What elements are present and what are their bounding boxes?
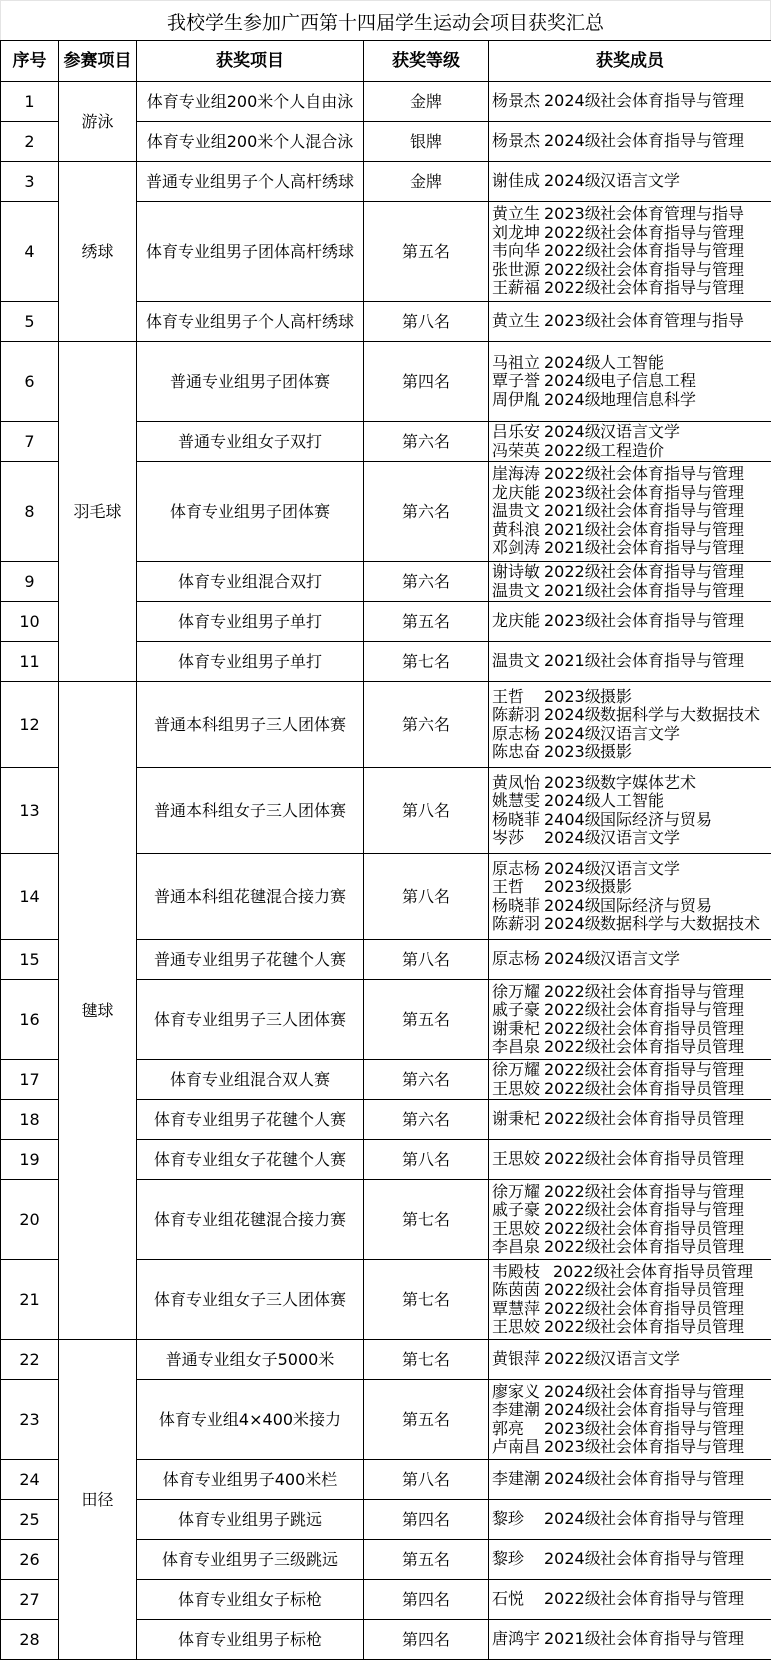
member-major: 地理信息科学	[600, 391, 696, 410]
award-event: 体育专业组男子团体赛	[137, 462, 364, 562]
member-name: 黎珍	[492, 1510, 544, 1529]
member-major: 社会体育指导员管理	[600, 1150, 744, 1169]
member-grade: 2021级	[544, 502, 600, 521]
award-level: 银牌	[364, 122, 489, 162]
member-major: 汉语言文学	[600, 423, 680, 442]
member-grade: 2022级	[544, 1080, 600, 1099]
award-level: 第七名	[364, 642, 489, 682]
member-name: 石悦	[492, 1590, 544, 1609]
row-number: 1	[1, 82, 59, 122]
member-line: 徐万耀2022级社会体育指导与管理	[492, 1183, 771, 1202]
member-grade: 2024级	[544, 132, 600, 151]
member-major: 摄影	[600, 743, 632, 762]
award-level: 第五名	[364, 980, 489, 1060]
member-grade: 2024级	[544, 92, 600, 111]
sport-category: 田径	[59, 1340, 137, 1660]
member-grade: 2024级	[544, 706, 600, 725]
award-level: 第八名	[364, 1460, 489, 1500]
member-major: 社会体育指导与管理	[600, 1061, 744, 1080]
member-line: 杨景杰2024级社会体育指导与管理	[492, 132, 771, 151]
header-event: 获奖项目	[137, 41, 364, 82]
row-number: 26	[1, 1540, 59, 1580]
member-line: 谢秉杞2022级社会体育指导员管理	[492, 1110, 771, 1129]
member-major: 工程造价	[600, 442, 664, 461]
member-line: 李建潮2024级社会体育指导与管理	[492, 1470, 771, 1489]
member-major: 社会体育指导与管理	[600, 1630, 744, 1649]
member-name: 谢秉杞	[492, 1020, 544, 1039]
award-members: 韦殿枝2022级社会体育指导员管理陈茵茵2022级社会体育指导员管理覃慧萍202…	[489, 1260, 771, 1340]
member-major: 社会体育管理与指导	[600, 312, 744, 331]
member-major: 国际经济与贸易	[600, 897, 712, 916]
member-grade: 2023级	[544, 743, 600, 762]
member-line: 戚子豪2022级社会体育指导与管理	[492, 1201, 771, 1220]
member-line: 郭亮2023级社会体育指导与管理	[492, 1420, 771, 1439]
member-name: 黄立生	[492, 205, 544, 224]
member-major: 社会体育指导员管理	[600, 1238, 744, 1257]
award-members: 黎珍2024级社会体育指导与管理	[489, 1500, 771, 1540]
member-major: 汉语言文学	[600, 860, 680, 879]
member-name: 覃慧萍	[492, 1300, 544, 1319]
member-major: 数字媒体艺术	[600, 774, 696, 793]
member-line: 龙庆能2023级社会体育指导与管理	[492, 484, 771, 503]
member-name: 杨晓菲	[492, 897, 544, 916]
member-line: 马祖立2024级人工智能	[492, 354, 771, 373]
member-name: 卢南昌	[492, 1438, 544, 1457]
member-line: 温贵文2021级社会体育指导与管理	[492, 652, 771, 671]
member-line: 李昌泉2022级社会体育指导员管理	[492, 1038, 771, 1057]
award-members: 徐万耀2022级社会体育指导与管理戚子豪2022级社会体育指导与管理王思姣202…	[489, 1180, 771, 1260]
member-line: 卢南昌2023级社会体育指导与管理	[492, 1438, 771, 1457]
row-number: 17	[1, 1060, 59, 1100]
award-level: 第六名	[364, 682, 489, 768]
member-major: 社会体育指导与管理	[600, 242, 744, 261]
award-event: 普通本科组花毽混合接力赛	[137, 854, 364, 940]
member-line: 陈薪羽2024级数据科学与大数据技术	[492, 706, 771, 725]
table-header-row: 序号 参赛项目 获奖项目 获奖等级 获奖成员	[1, 41, 771, 82]
member-grade: 2022级	[544, 1020, 600, 1039]
award-event: 体育专业组花毽混合接力赛	[137, 1180, 364, 1260]
member-grade: 2024级	[544, 372, 600, 391]
row-number: 2	[1, 122, 59, 162]
member-name: 徐万耀	[492, 983, 544, 1002]
member-grade: 2022级	[544, 465, 600, 484]
member-name: 李昌泉	[492, 1238, 544, 1257]
award-level: 第六名	[364, 422, 489, 462]
award-level: 第五名	[364, 1540, 489, 1580]
member-name: 龙庆能	[492, 484, 544, 503]
member-name: 王思姣	[492, 1150, 544, 1169]
member-line: 覃慧萍2022级社会体育指导员管理	[492, 1300, 771, 1319]
member-name: 温贵文	[492, 652, 544, 671]
member-major: 社会体育指导与管理	[600, 1438, 744, 1457]
row-number: 13	[1, 768, 59, 854]
award-level: 第五名	[364, 1380, 489, 1460]
award-event: 体育专业组男子标枪	[137, 1620, 364, 1660]
member-major: 社会体育指导与管理	[600, 1183, 744, 1202]
member-name: 谢佳成	[492, 172, 544, 191]
award-event: 体育专业组女子三人团体赛	[137, 1260, 364, 1340]
member-name: 黄立生	[492, 312, 544, 331]
member-line: 戚子豪2022级社会体育指导与管理	[492, 1001, 771, 1020]
award-event: 普通专业组男子个人高杆绣球	[137, 162, 364, 202]
award-event: 普通本科组男子三人团体赛	[137, 682, 364, 768]
member-major: 社会体育指导与管理	[600, 279, 744, 298]
member-major: 人工智能	[600, 354, 664, 373]
award-event: 体育专业组男子三级跳远	[137, 1540, 364, 1580]
row-number: 3	[1, 162, 59, 202]
member-major: 社会体育指导与管理	[600, 502, 744, 521]
table-row: 3绣球普通专业组男子个人高杆绣球金牌谢佳成2024级汉语言文学	[1, 162, 771, 202]
award-event: 普通本科组女子三人团体赛	[137, 768, 364, 854]
member-major: 社会体育指导与管理	[600, 1401, 744, 1420]
member-name: 陈薪羽	[492, 915, 544, 934]
member-major: 摄影	[600, 878, 632, 897]
member-line: 王薪福2022级社会体育指导与管理	[492, 279, 771, 298]
member-line: 吕乐安2024级汉语言文学	[492, 423, 771, 442]
member-name: 姚慧雯	[492, 792, 544, 811]
member-grade: 2022级	[544, 1038, 600, 1057]
award-members: 谢秉杞2022级社会体育指导员管理	[489, 1100, 771, 1140]
member-line: 杨晓菲2404级国际经济与贸易	[492, 811, 771, 830]
member-major: 社会体育指导与管理	[600, 521, 744, 540]
award-event: 体育专业组混合双人赛	[137, 1060, 364, 1100]
sport-category: 毽球	[59, 682, 137, 1340]
member-line: 龙庆能2023级社会体育指导与管理	[492, 612, 771, 631]
member-line: 黎珍2024级社会体育指导与管理	[492, 1550, 771, 1569]
award-level: 第四名	[364, 342, 489, 422]
table-row: 12毽球普通本科组男子三人团体赛第六名王哲2023级摄影陈薪羽2024级数据科学…	[1, 682, 771, 768]
award-level: 金牌	[364, 82, 489, 122]
member-major: 汉语言文学	[600, 829, 680, 848]
member-name: 覃子誉	[492, 372, 544, 391]
member-grade: 2022级	[544, 1061, 600, 1080]
award-level: 第八名	[364, 302, 489, 342]
member-major: 摄影	[600, 688, 632, 707]
member-grade: 2023级	[544, 1420, 600, 1439]
header-members: 获奖成员	[489, 41, 771, 82]
member-grade: 2021级	[544, 582, 600, 601]
document-title: 我校学生参加广西第十四届学生运动会项目获奖汇总	[0, 0, 771, 41]
award-members: 王哲2023级摄影陈薪羽2024级数据科学与大数据技术原志杨2024级汉语言文学…	[489, 682, 771, 768]
member-grade: 2024级	[544, 1401, 600, 1420]
row-number: 16	[1, 980, 59, 1060]
member-major: 社会体育指导与管理	[600, 1383, 744, 1402]
award-event: 体育专业组男子跳远	[137, 1500, 364, 1540]
member-grade: 2023级	[544, 312, 600, 331]
award-members: 原志杨2024级汉语言文学	[489, 940, 771, 980]
row-number: 27	[1, 1580, 59, 1620]
award-level: 第六名	[364, 462, 489, 562]
member-major: 社会体育指导员管理	[609, 1263, 753, 1282]
member-grade: 2022级	[553, 1263, 609, 1282]
member-name: 张世源	[492, 261, 544, 280]
member-major: 社会体育管理与指导	[600, 205, 744, 224]
member-grade: 2024级	[544, 1510, 600, 1529]
row-number: 10	[1, 602, 59, 642]
member-grade: 2022级	[544, 442, 600, 461]
award-event: 体育专业组4×400米接力	[137, 1380, 364, 1460]
member-major: 社会体育指导员管理	[600, 1020, 744, 1039]
award-members: 王思姣2022级社会体育指导员管理	[489, 1140, 771, 1180]
member-name: 冯荣英	[492, 442, 544, 461]
row-number: 21	[1, 1260, 59, 1340]
member-major: 社会体育指导与管理	[600, 224, 744, 243]
member-name: 崖海涛	[492, 465, 544, 484]
member-line: 杨景杰2024级社会体育指导与管理	[492, 92, 771, 111]
row-number: 11	[1, 642, 59, 682]
member-grade: 2024级	[544, 391, 600, 410]
award-level: 第四名	[364, 1620, 489, 1660]
award-members: 黄立生2023级社会体育管理与指导刘龙坤2022级社会体育指导与管理韦向华202…	[489, 202, 771, 302]
member-name: 原志杨	[492, 725, 544, 744]
member-line: 王哲2023级摄影	[492, 688, 771, 707]
member-major: 社会体育指导与管理	[600, 1590, 744, 1609]
member-grade: 2024级	[544, 897, 600, 916]
member-line: 陈茵茵2022级社会体育指导员管理	[492, 1281, 771, 1300]
table-row: 6羽毛球普通专业组男子团体赛第四名马祖立2024级人工智能覃子誉2024级电子信…	[1, 342, 771, 422]
member-grade: 2024级	[544, 950, 600, 969]
award-level: 第四名	[364, 1580, 489, 1620]
member-name: 原志杨	[492, 860, 544, 879]
award-level: 第八名	[364, 854, 489, 940]
member-line: 王思姣2022级社会体育指导员管理	[492, 1150, 771, 1169]
member-grade: 2024级	[544, 860, 600, 879]
member-grade: 2022级	[544, 1183, 600, 1202]
member-major: 汉语言文学	[600, 725, 680, 744]
member-line: 原志杨2024级汉语言文学	[492, 860, 771, 879]
member-major: 社会体育指导与管理	[600, 465, 744, 484]
member-name: 郭亮	[492, 1420, 544, 1439]
award-level: 第五名	[364, 202, 489, 302]
member-major: 社会体育指导与管理	[600, 1510, 744, 1529]
member-name: 温贵文	[492, 582, 544, 601]
member-line: 陈薪羽2024级数据科学与大数据技术	[492, 915, 771, 934]
member-major: 社会体育指导员管理	[600, 1281, 744, 1300]
member-line: 谢秉杞2022级社会体育指导员管理	[492, 1020, 771, 1039]
row-number: 23	[1, 1380, 59, 1460]
member-name: 黎珍	[492, 1550, 544, 1569]
member-major: 社会体育指导与管理	[600, 612, 744, 631]
member-grade: 2022级	[544, 1001, 600, 1020]
member-line: 姚慧雯2024级人工智能	[492, 792, 771, 811]
member-line: 李建潮2024级社会体育指导与管理	[492, 1401, 771, 1420]
member-line: 韦殿枝2022级社会体育指导员管理	[492, 1263, 771, 1282]
award-event: 体育专业组200米个人混合泳	[137, 122, 364, 162]
sport-category: 游泳	[59, 82, 137, 162]
member-major: 社会体育指导与管理	[600, 261, 744, 280]
member-major: 社会体育指导与管理	[600, 582, 744, 601]
member-grade: 2022级	[544, 1220, 600, 1239]
row-number: 5	[1, 302, 59, 342]
member-grade: 2023级	[544, 205, 600, 224]
member-grade: 2022级	[544, 242, 600, 261]
award-members: 李建潮2024级社会体育指导与管理	[489, 1460, 771, 1500]
member-major: 人工智能	[600, 792, 664, 811]
award-event: 普通专业组男子团体赛	[137, 342, 364, 422]
award-level: 金牌	[364, 162, 489, 202]
award-members: 黎珍2024级社会体育指导与管理	[489, 1540, 771, 1580]
member-major: 社会体育指导员管理	[600, 1318, 744, 1337]
award-event: 普通专业组女子5000米	[137, 1340, 364, 1380]
member-name: 谢诗敏	[492, 563, 544, 582]
member-grade: 2023级	[544, 1438, 600, 1457]
member-name: 杨景杰	[492, 132, 544, 151]
member-major: 社会体育指导与管理	[600, 1001, 744, 1020]
row-number: 28	[1, 1620, 59, 1660]
award-level: 第八名	[364, 940, 489, 980]
award-event: 体育专业组女子标枪	[137, 1580, 364, 1620]
member-line: 黄凤怡2023级数字媒体艺术	[492, 774, 771, 793]
row-number: 15	[1, 940, 59, 980]
member-line: 原志杨2024级汉语言文学	[492, 725, 771, 744]
member-name: 李建潮	[492, 1401, 544, 1420]
member-major: 社会体育指导员管理	[600, 1220, 744, 1239]
award-level: 第四名	[364, 1500, 489, 1540]
member-major: 数据科学与大数据技术	[600, 706, 760, 725]
row-number: 18	[1, 1100, 59, 1140]
member-major: 社会体育指导与管理	[600, 92, 744, 111]
row-number: 4	[1, 202, 59, 302]
member-grade: 2022级	[544, 983, 600, 1002]
award-members: 黄银萍2022级汉语言文学	[489, 1340, 771, 1380]
member-grade: 2021级	[544, 539, 600, 558]
table-row: 22田径普通专业组女子5000米第七名黄银萍2022级汉语言文学	[1, 1340, 771, 1380]
member-name: 戚子豪	[492, 1201, 544, 1220]
member-major: 社会体育指导与管理	[600, 1201, 744, 1220]
member-name: 黄科浪	[492, 521, 544, 540]
member-line: 韦向华2022级社会体育指导与管理	[492, 242, 771, 261]
award-members: 吕乐安2024级汉语言文学冯荣英2022级工程造价	[489, 422, 771, 462]
member-line: 冯荣英2022级工程造价	[492, 442, 771, 461]
member-grade: 2023级	[544, 774, 600, 793]
member-name: 王思姣	[492, 1220, 544, 1239]
member-line: 李昌泉2022级社会体育指导员管理	[492, 1238, 771, 1257]
member-name: 陈茵茵	[492, 1281, 544, 1300]
member-grade: 2022级	[544, 224, 600, 243]
member-name: 徐万耀	[492, 1183, 544, 1202]
member-grade: 2022级	[544, 1150, 600, 1169]
member-line: 杨晓菲2024级国际经济与贸易	[492, 897, 771, 916]
member-grade: 2024级	[544, 354, 600, 373]
member-major: 电子信息工程	[600, 372, 696, 391]
award-level: 第六名	[364, 1100, 489, 1140]
member-major: 国际经济与贸易	[600, 811, 712, 830]
member-name: 王思姣	[492, 1318, 544, 1337]
award-members: 石悦2022级社会体育指导与管理	[489, 1580, 771, 1620]
row-number: 14	[1, 854, 59, 940]
award-members: 杨景杰2024级社会体育指导与管理	[489, 122, 771, 162]
member-name: 李昌泉	[492, 1038, 544, 1057]
member-grade: 2024级	[544, 725, 600, 744]
award-members: 崖海涛2022级社会体育指导与管理龙庆能2023级社会体育指导与管理温贵文202…	[489, 462, 771, 562]
member-major: 社会体育指导与管理	[600, 563, 744, 582]
row-number: 19	[1, 1140, 59, 1180]
row-number: 24	[1, 1460, 59, 1500]
award-event: 体育专业组男子单打	[137, 602, 364, 642]
member-major: 社会体育指导与管理	[600, 1420, 744, 1439]
sport-category: 羽毛球	[59, 342, 137, 682]
row-number: 8	[1, 462, 59, 562]
award-level: 第七名	[364, 1340, 489, 1380]
member-grade: 2022级	[544, 563, 600, 582]
member-name: 周伊胤	[492, 391, 544, 410]
member-major: 汉语言文学	[600, 950, 680, 969]
award-members: 徐万耀2022级社会体育指导与管理王思姣2022级社会体育指导员管理	[489, 1060, 771, 1100]
member-grade: 2022级	[544, 1300, 600, 1319]
member-line: 原志杨2024级汉语言文学	[492, 950, 771, 969]
award-members: 谢诗敏2022级社会体育指导与管理温贵文2021级社会体育指导与管理	[489, 562, 771, 602]
award-members: 黄立生2023级社会体育管理与指导	[489, 302, 771, 342]
member-name: 岑莎	[492, 829, 544, 848]
member-line: 石悦2022级社会体育指导与管理	[492, 1590, 771, 1609]
member-line: 王思姣2022级社会体育指导员管理	[492, 1318, 771, 1337]
header-level: 获奖等级	[364, 41, 489, 82]
member-major: 社会体育指导与管理	[600, 1470, 744, 1489]
member-line: 唐鸿宇2021级社会体育指导与管理	[492, 1630, 771, 1649]
member-name: 陈薪羽	[492, 706, 544, 725]
member-major: 社会体育指导员管理	[600, 1110, 744, 1129]
award-event: 普通专业组男子花毽个人赛	[137, 940, 364, 980]
award-event: 普通专业组女子双打	[137, 422, 364, 462]
member-line: 刘龙坤2022级社会体育指导与管理	[492, 224, 771, 243]
member-grade: 2404级	[544, 811, 600, 830]
member-line: 黄银萍2022级汉语言文学	[492, 1350, 771, 1369]
member-grade: 2022级	[544, 1318, 600, 1337]
member-line: 岑莎2024级汉语言文学	[492, 829, 771, 848]
member-grade: 2021级	[544, 521, 600, 540]
member-grade: 2022级	[544, 1281, 600, 1300]
award-level: 第八名	[364, 1140, 489, 1180]
member-grade: 2024级	[544, 1383, 600, 1402]
award-members: 廖家义2024级社会体育指导与管理李建潮2024级社会体育指导与管理郭亮2023…	[489, 1380, 771, 1460]
member-name: 邓剑涛	[492, 539, 544, 558]
row-number: 25	[1, 1500, 59, 1540]
member-name: 谢秉杞	[492, 1110, 544, 1129]
member-grade: 2022级	[544, 261, 600, 280]
award-event: 体育专业组男子单打	[137, 642, 364, 682]
award-level: 第七名	[364, 1180, 489, 1260]
member-grade: 2022级	[544, 1590, 600, 1609]
member-name: 温贵文	[492, 502, 544, 521]
member-line: 徐万耀2022级社会体育指导与管理	[492, 983, 771, 1002]
member-line: 黄科浪2021级社会体育指导与管理	[492, 521, 771, 540]
member-name: 龙庆能	[492, 612, 544, 631]
member-name: 李建潮	[492, 1470, 544, 1489]
member-name: 陈忠奋	[492, 743, 544, 762]
award-members: 马祖立2024级人工智能覃子誉2024级电子信息工程周伊胤2024级地理信息科学	[489, 342, 771, 422]
member-major: 社会体育指导员管理	[600, 1300, 744, 1319]
awards-table: 序号 参赛项目 获奖项目 获奖等级 获奖成员 1游泳体育专业组200米个人自由泳…	[0, 40, 771, 1660]
member-grade: 2023级	[544, 484, 600, 503]
member-grade: 2022级	[544, 1238, 600, 1257]
sport-category: 绣球	[59, 162, 137, 342]
award-event: 体育专业组男子400米栏	[137, 1460, 364, 1500]
member-line: 徐万耀2022级社会体育指导与管理	[492, 1061, 771, 1080]
award-members: 黄凤怡2023级数字媒体艺术姚慧雯2024级人工智能杨晓菲2404级国际经济与贸…	[489, 768, 771, 854]
award-members: 龙庆能2023级社会体育指导与管理	[489, 602, 771, 642]
award-level: 第七名	[364, 1260, 489, 1340]
row-number: 9	[1, 562, 59, 602]
row-number: 12	[1, 682, 59, 768]
member-major: 社会体育指导与管理	[600, 983, 744, 1002]
award-level: 第五名	[364, 602, 489, 642]
award-event: 体育专业组男子个人高杆绣球	[137, 302, 364, 342]
member-line: 温贵文2021级社会体育指导与管理	[492, 582, 771, 601]
award-event: 体育专业组男子三人团体赛	[137, 980, 364, 1060]
header-sport: 参赛项目	[59, 41, 137, 82]
member-name: 王哲	[492, 688, 544, 707]
table-body: 1游泳体育专业组200米个人自由泳金牌杨景杰2024级社会体育指导与管理2体育专…	[1, 82, 771, 1660]
